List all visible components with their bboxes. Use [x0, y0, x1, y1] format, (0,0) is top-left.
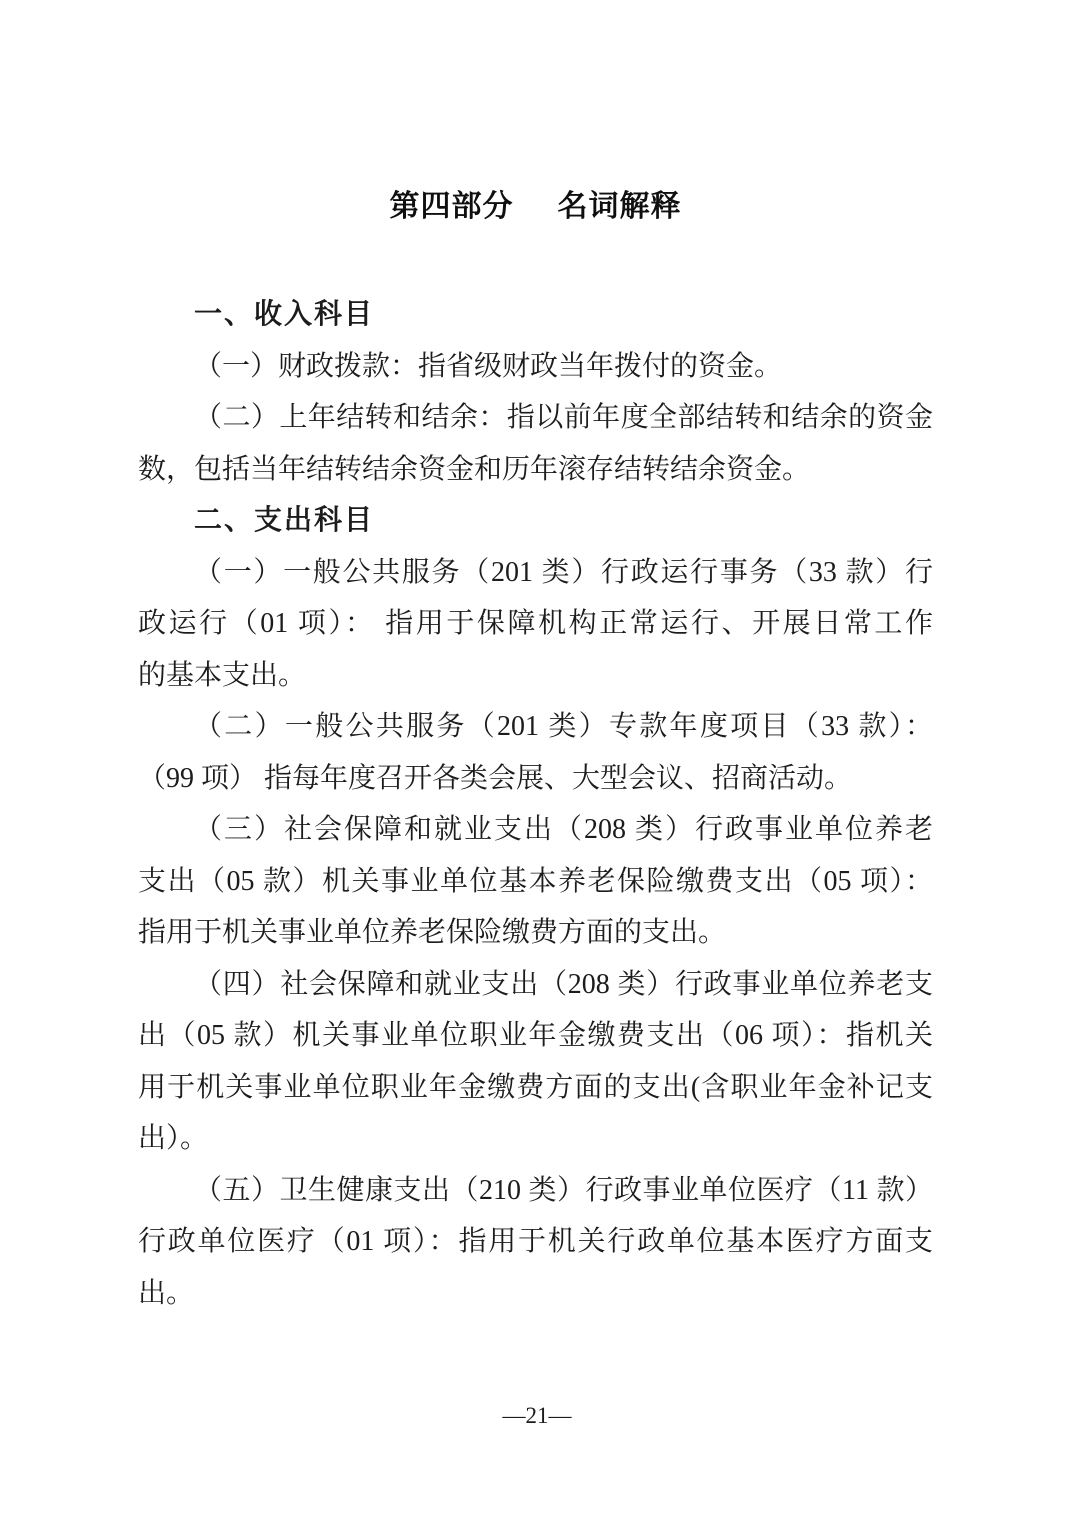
document-page: 第四部分名词解释 一、收入科目 （一）财政拨款：指省级财政当年拨付的资金。 （二…: [0, 0, 1074, 1520]
paragraph-line: 出）。: [138, 1113, 933, 1165]
page-title-part-2: 名词解释: [558, 190, 682, 223]
document-body: 一、收入科目 （一）财政拨款：指省级财政当年拨付的资金。 （二）上年结转和结余：…: [138, 289, 933, 1319]
page-title-part-1: 第四部分: [390, 190, 514, 223]
paragraph-line: （四）社会保障和就业支出（208 类）行政事业单位养老支: [138, 959, 933, 1011]
paragraph-line: 出（05 款）机关事业单位职业年金缴费支出（06 项）：指机关: [138, 1010, 933, 1062]
section-heading-expense: 二、支出科目: [138, 495, 933, 547]
paragraph-line: 政运行（01 项）： 指用于保障机构正常运行、开展日常工作: [138, 598, 933, 650]
paragraph-line: 支出（05 款）机关事业单位基本养老保险缴费支出（05 项）：: [138, 856, 933, 908]
paragraph-line: （二）上年结转和结余：指以前年度全部结转和结余的资金: [138, 392, 933, 444]
page-number: —21—: [0, 1400, 1074, 1432]
paragraph-line: （五）卫生健康支出（210 类）行政事业单位医疗（11 款）: [138, 1165, 933, 1217]
paragraph-line: 数，包括当年结转结余资金和历年滚存结转结余资金。: [138, 444, 933, 496]
paragraph-line: （二）一般公共服务（201 类）专款年度项目（33 款）：: [138, 701, 933, 753]
paragraph-line: （一）财政拨款：指省级财政当年拨付的资金。: [138, 341, 933, 393]
page-title: 第四部分名词解释: [138, 189, 933, 224]
paragraph-line: （一）一般公共服务（201 类）行政运行事务（33 款）行: [138, 547, 933, 599]
paragraph-line: 的基本支出。: [138, 650, 933, 702]
page-content: 第四部分名词解释 一、收入科目 （一）财政拨款：指省级财政当年拨付的资金。 （二…: [138, 0, 933, 1319]
paragraph-line: （三）社会保障和就业支出（208 类）行政事业单位养老: [138, 804, 933, 856]
paragraph-line: 指用于机关事业单位养老保险缴费方面的支出。: [138, 907, 933, 959]
section-heading-income: 一、收入科目: [138, 289, 933, 341]
paragraph-line: 出。: [138, 1268, 933, 1320]
paragraph-line: （99 项） 指每年度召开各类会展、大型会议、招商活动。: [138, 753, 933, 805]
paragraph-line: 用于机关事业单位职业年金缴费方面的支出(含职业年金补记支: [138, 1062, 933, 1114]
paragraph-line: 行政单位医疗（01 项）：指用于机关行政单位基本医疗方面支: [138, 1216, 933, 1268]
